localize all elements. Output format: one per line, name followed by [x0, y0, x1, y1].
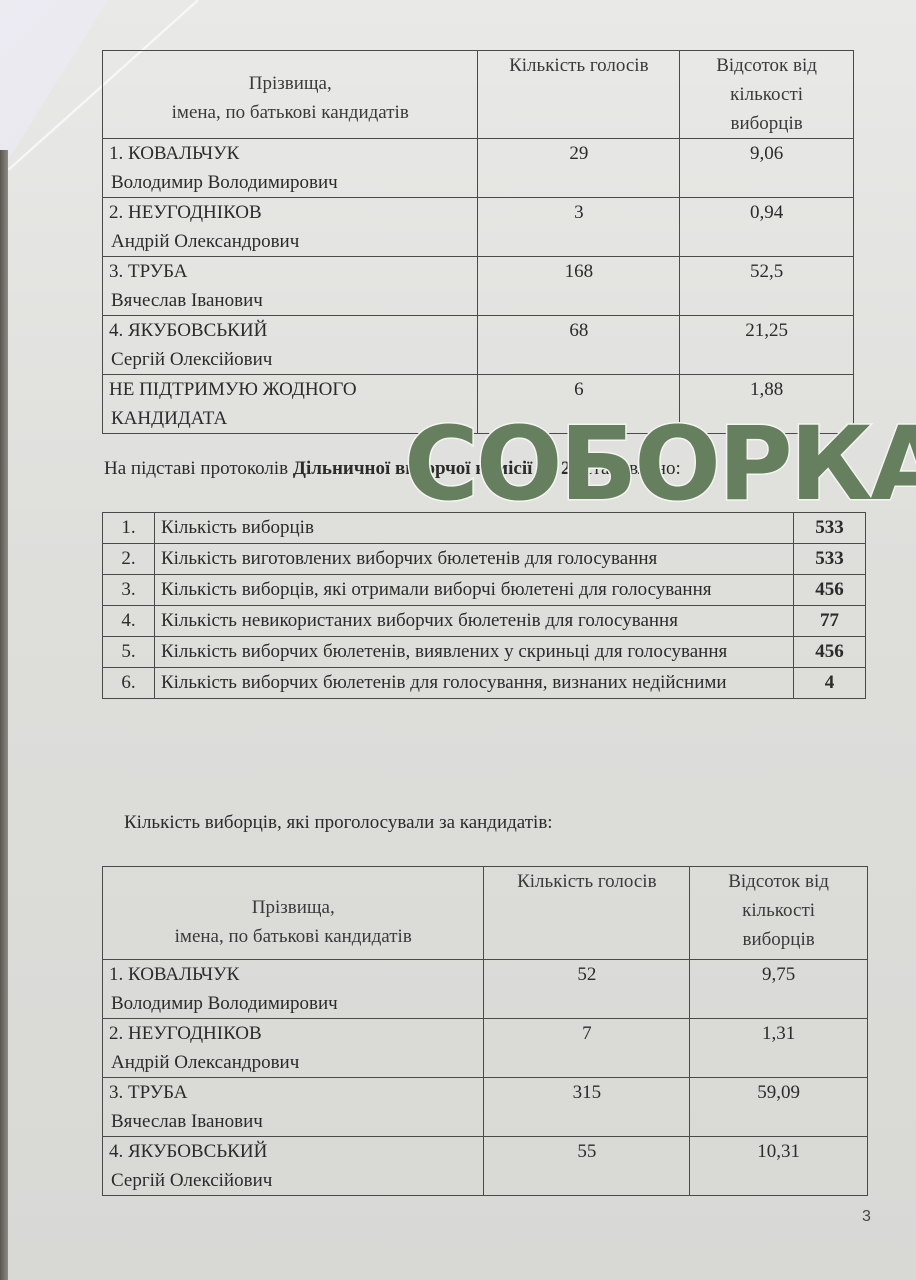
vote-percent: 10,31	[690, 1137, 868, 1196]
row-index: 5.	[103, 637, 155, 668]
stat-value: 533	[794, 544, 866, 575]
results-table-bottom: Прізвища, імена, по батькові кандидатів …	[102, 866, 868, 1196]
candidate-name: 2. НЕУГОДНІКОВ Андрій Олександрович	[103, 1019, 484, 1078]
candidate-given-names: Володимир Володимирович	[109, 168, 471, 197]
table-row: 3. ТРУБА Вячеслав Іванович 168 52,5	[103, 257, 854, 316]
header-line: виборців	[696, 925, 861, 954]
table-row: 6. Кількість виборчих бюлетенів для голо…	[103, 668, 866, 699]
table-body: 1. КОВАЛЬЧУК Володимир Володимирович 52 …	[103, 960, 868, 1196]
vote-percent: 9,75	[690, 960, 868, 1019]
candidate-name: 4. ЯКУБОВСЬКИЙ Сергій Олексійович	[103, 316, 478, 375]
vote-count: 68	[478, 316, 680, 375]
row-index: 1.	[103, 513, 155, 544]
header-percent: Відсоток від кількості виборців	[690, 867, 868, 960]
page-edge-shadow	[0, 150, 8, 1280]
table-row: 3. Кількість виборців, які отримали вибо…	[103, 575, 866, 606]
stat-label: Кількість виготовлених виборчих бюлетені…	[154, 544, 793, 575]
candidate-name: 1. КОВАЛЬЧУК Володимир Володимирович	[103, 960, 484, 1019]
candidate-name: 2. НЕУГОДНІКОВ Андрій Олександрович	[103, 198, 478, 257]
candidate-surname: 2. НЕУГОДНІКОВ	[109, 1019, 477, 1048]
candidate-surname: 1. КОВАЛЬЧУК	[109, 139, 471, 168]
header-line: Прізвища,	[109, 867, 477, 922]
candidate-given-names: Андрій Олександрович	[109, 227, 471, 256]
header-line: кількості	[686, 80, 847, 109]
header-line: кількості	[696, 896, 861, 925]
vote-count: 29	[478, 139, 680, 198]
candidate-surname: 1. КОВАЛЬЧУК	[109, 960, 477, 989]
candidate-surname: 4. ЯКУБОВСЬКИЙ	[109, 316, 471, 345]
candidate-given-names: Андрій Олександрович	[109, 1048, 477, 1077]
stat-label: Кількість невикористаних виборчих бюлете…	[154, 606, 793, 637]
voters-paragraph: Кількість виборців, які проголосували за…	[124, 812, 553, 834]
vote-count: 315	[484, 1078, 690, 1137]
table-row: 4. ЯКУБОВСЬКИЙ Сергій Олексійович 68 21,…	[103, 316, 854, 375]
vote-count: 168	[478, 257, 680, 316]
candidate-name: 1. КОВАЛЬЧУК Володимир Володимирович	[103, 139, 478, 198]
header-candidate-name: Прізвища, імена, по батькові кандидатів	[103, 51, 478, 139]
table-header-row: Прізвища, імена, по батькові кандидатів …	[103, 867, 868, 960]
vote-count: 3	[478, 198, 680, 257]
vote-percent: 1,31	[690, 1019, 868, 1078]
table-header-row: Прізвища, імена, по батькові кандидатів …	[103, 51, 854, 139]
vote-percent: 9,06	[680, 139, 854, 198]
paragraph-text: На підставі протоколів	[104, 458, 293, 479]
commission-stats-table: 1. Кількість виборців 5332. Кількість ви…	[102, 512, 866, 699]
stat-value: 456	[794, 637, 866, 668]
candidate-given-names: Вячеслав Іванович	[109, 1107, 477, 1136]
page-number: 3	[862, 1208, 871, 1226]
candidate-surname: 2. НЕУГОДНІКОВ	[109, 198, 471, 227]
candidate-name: 4. ЯКУБОВСЬКИЙ Сергій Олексійович	[103, 1137, 484, 1196]
candidate-given-names: Володимир Володимирович	[109, 989, 477, 1018]
header-line: Прізвища,	[109, 51, 471, 98]
table-row: 2. Кількість виготовлених виборчих бюлет…	[103, 544, 866, 575]
candidate-name: 3. ТРУБА Вячеслав Іванович	[103, 1078, 484, 1137]
vote-percent: 0,94	[680, 198, 854, 257]
candidate-surname: 4. ЯКУБОВСЬКИЙ	[109, 1137, 477, 1166]
table-row: 4. Кількість невикористаних виборчих бюл…	[103, 606, 866, 637]
table-row: 5. Кількість виборчих бюлетенів, виявлен…	[103, 637, 866, 668]
stat-label: Кількість виборчих бюлетенів, виявлених …	[154, 637, 793, 668]
candidate-given-names: Сергій Олексійович	[109, 1166, 477, 1195]
vote-count: 55	[484, 1137, 690, 1196]
header-line: Відсоток від	[686, 51, 847, 80]
watermark-logo: СОБОРКА	[404, 414, 916, 516]
vote-percent: 21,25	[680, 316, 854, 375]
stat-value: 456	[794, 575, 866, 606]
candidate-surname: 3. ТРУБА	[109, 1078, 477, 1107]
table-row: 4. ЯКУБОВСЬКИЙ Сергій Олексійович 55 10,…	[103, 1137, 868, 1196]
stat-value: 4	[794, 668, 866, 699]
row-index: 3.	[103, 575, 155, 606]
table-row: 1. КОВАЛЬЧУК Володимир Володимирович 52 …	[103, 960, 868, 1019]
vote-percent: 52,5	[680, 257, 854, 316]
table-row: 2. НЕУГОДНІКОВ Андрій Олександрович 7 1,…	[103, 1019, 868, 1078]
table-row: 1. КОВАЛЬЧУК Володимир Володимирович 29 …	[103, 139, 854, 198]
candidate-surname: НЕ ПІДТРИМУЮ ЖОДНОГО	[109, 375, 471, 404]
header-line: імена, по батькові кандидатів	[109, 922, 477, 951]
vote-count: 52	[484, 960, 690, 1019]
vote-percent: 59,09	[690, 1078, 868, 1137]
stat-label: Кількість виборців, які отримали виборчі…	[154, 575, 793, 606]
table-body: 1. КОВАЛЬЧУК Володимир Володимирович 29 …	[103, 139, 854, 434]
candidate-surname: 3. ТРУБА	[109, 257, 471, 286]
header-votes: Кількість голосів	[478, 51, 680, 139]
table-row: 3. ТРУБА Вячеслав Іванович 315 59,09	[103, 1078, 868, 1137]
header-candidate-name: Прізвища, імена, по батькові кандидатів	[103, 867, 484, 960]
table-row: 2. НЕУГОДНІКОВ Андрій Олександрович 3 0,…	[103, 198, 854, 257]
header-line: Відсоток від	[696, 867, 861, 896]
stat-label: Кількість виборчих бюлетенів для голосув…	[154, 668, 793, 699]
candidate-name: 3. ТРУБА Вячеслав Іванович	[103, 257, 478, 316]
results-table-top: Прізвища, імена, по батькові кандидатів …	[102, 50, 854, 434]
row-index: 6.	[103, 668, 155, 699]
row-index: 4.	[103, 606, 155, 637]
header-votes: Кількість голосів	[484, 867, 690, 960]
header-line: імена, по батькові кандидатів	[109, 98, 471, 127]
header-line: виборців	[686, 109, 847, 138]
stat-value: 77	[794, 606, 866, 637]
header-percent: Відсоток від кількості виборців	[680, 51, 854, 139]
candidate-given-names: Сергій Олексійович	[109, 345, 471, 374]
row-index: 2.	[103, 544, 155, 575]
table-body: 1. Кількість виборців 5332. Кількість ви…	[103, 513, 866, 699]
vote-count: 7	[484, 1019, 690, 1078]
candidate-given-names: Вячеслав Іванович	[109, 286, 471, 315]
